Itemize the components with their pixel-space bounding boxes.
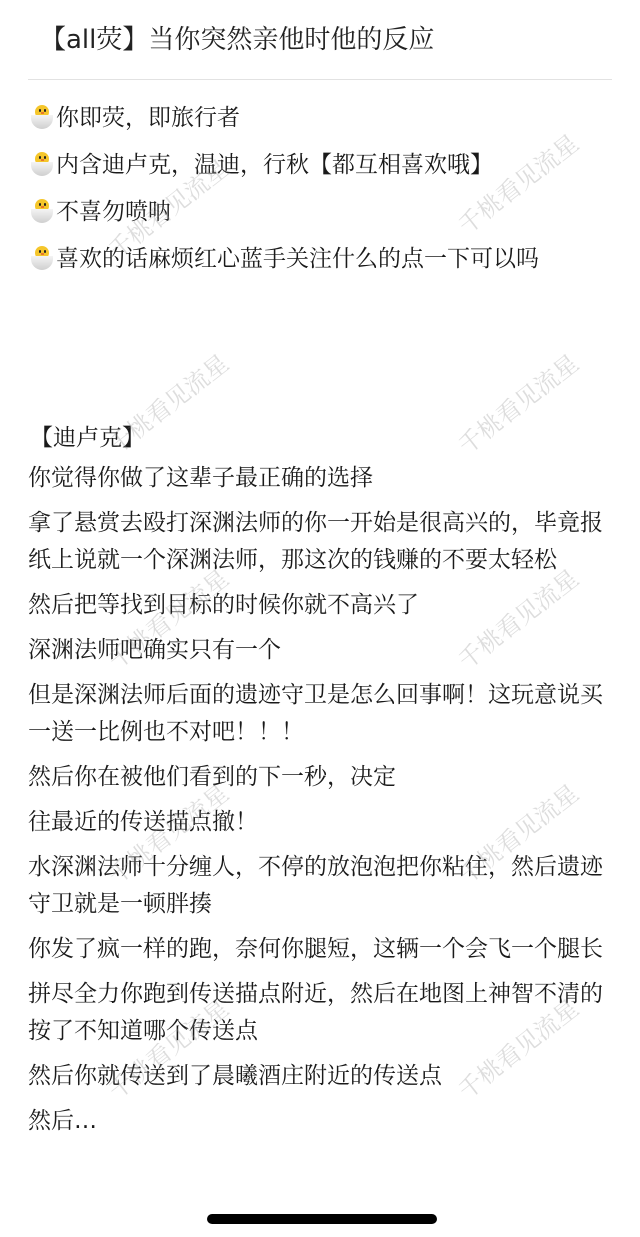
paragraph: 你觉得你做了这辈子最正确的选择 bbox=[28, 460, 608, 497]
intro-line: 喜欢的话麻烦红心蓝手关注什么的点一下可以吗 bbox=[30, 233, 539, 280]
intro-text: 喜欢的话麻烦红心蓝手关注什么的点一下可以吗 bbox=[56, 240, 539, 273]
hatching-chick-icon bbox=[30, 103, 54, 129]
hatching-chick-icon bbox=[30, 244, 54, 270]
story-body: 你觉得你做了这辈子最正确的选择 拿了悬赏去殴打深渊法师的你一开始是很高兴的，毕竟… bbox=[28, 460, 608, 1148]
hatching-chick-icon bbox=[30, 197, 54, 223]
paragraph: 然后你在被他们看到的下一秒，决定 bbox=[28, 759, 608, 796]
intro-line: 不喜勿喷呐 bbox=[30, 186, 539, 233]
paragraph: 水深渊法师十分缠人，不停的放泡泡把你粘住，然后遗迹守卫就是一顿胖揍 bbox=[28, 849, 608, 923]
intro-notes: 你即荧，即旅行者 内含迪卢克，温迪，行秋【都互相喜欢哦】 不喜勿喷呐 喜欢的话麻… bbox=[30, 92, 539, 280]
paragraph: 然后你就传送到了晨曦酒庄附近的传送点 bbox=[28, 1058, 608, 1095]
watermark: 千桃看见流星 bbox=[449, 344, 584, 460]
intro-text: 你即荧，即旅行者 bbox=[56, 99, 240, 132]
paragraph: 拿了悬赏去殴打深渊法师的你一开始是很高兴的，毕竟报纸上说就一个深渊法师，那这次的… bbox=[28, 505, 608, 579]
paragraph: 拼尽全力你跑到传送描点附近，然后在地图上神智不清的按了不知道哪个传送点 bbox=[28, 976, 608, 1050]
section-heading: 【迪卢克】 bbox=[30, 416, 145, 460]
intro-text: 内含迪卢克，温迪，行秋【都互相喜欢哦】 bbox=[56, 146, 493, 179]
paragraph: 然后… bbox=[28, 1103, 608, 1140]
divider bbox=[28, 79, 612, 80]
paragraph: 深渊法师吧确实只有一个 bbox=[28, 632, 608, 669]
intro-text: 不喜勿喷呐 bbox=[56, 193, 171, 226]
paragraph: 你发了疯一样的跑，奈何你腿短，这辆一个会飞一个腿长 bbox=[28, 931, 608, 968]
home-indicator[interactable] bbox=[207, 1214, 437, 1224]
article-title: 【all荧】当你突然亲他时他的反应 bbox=[40, 18, 434, 62]
intro-line: 内含迪卢克，温迪，行秋【都互相喜欢哦】 bbox=[30, 139, 539, 186]
paragraph: 往最近的传送描点撤！ bbox=[28, 804, 608, 841]
paragraph: 但是深渊法师后面的遗迹守卫是怎么回事啊！这玩意说买一送一比例也不对吧！！！ bbox=[28, 677, 608, 751]
paragraph: 然后把等找到目标的时候你就不高兴了 bbox=[28, 587, 608, 624]
intro-line: 你即荧，即旅行者 bbox=[30, 92, 539, 139]
hatching-chick-icon bbox=[30, 150, 54, 176]
